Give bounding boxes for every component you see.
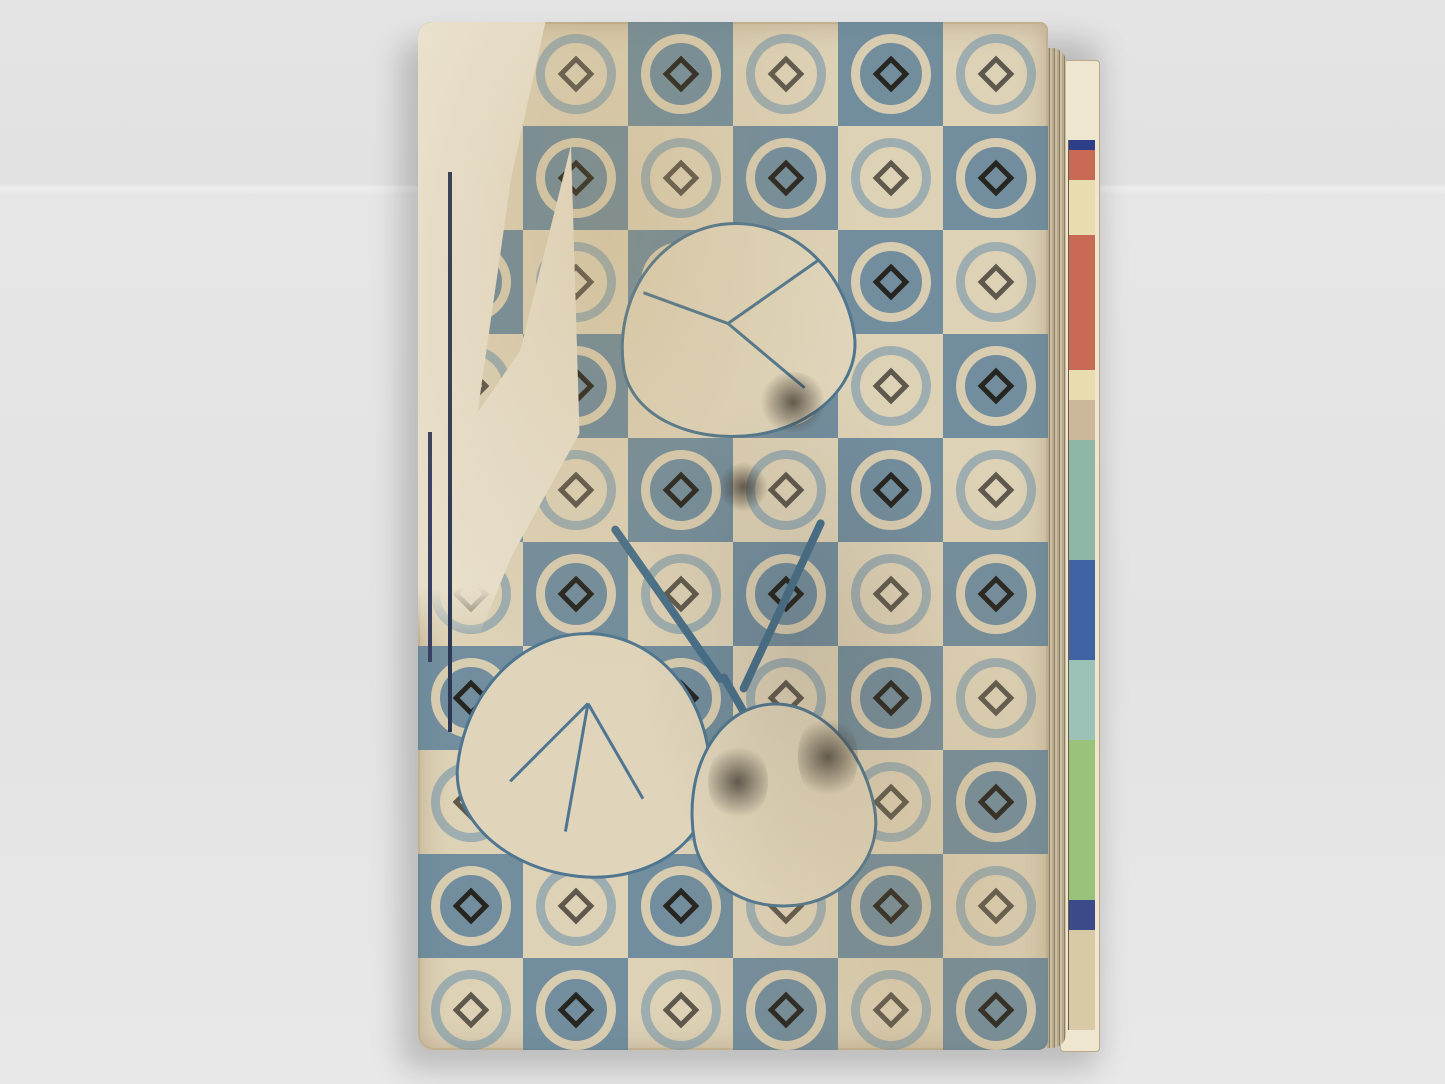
crest-motif <box>956 34 1036 114</box>
pattern-tile <box>838 542 943 646</box>
pattern-tile <box>943 126 1048 230</box>
colored-print-edge <box>1068 140 1095 1030</box>
crest-motif <box>641 450 721 530</box>
pattern-tile <box>838 438 943 542</box>
crest-motif <box>746 34 826 114</box>
pattern-tile <box>733 958 838 1050</box>
stain <box>798 712 858 802</box>
crest-motif <box>956 450 1036 530</box>
pattern-tile <box>943 958 1048 1050</box>
crest-motif <box>956 866 1036 946</box>
pattern-tile <box>943 22 1048 126</box>
pattern-tile <box>838 958 943 1050</box>
crest-motif <box>746 970 826 1050</box>
crest-motif <box>956 762 1036 842</box>
crest-motif <box>956 138 1036 218</box>
crest-motif <box>956 658 1036 738</box>
pattern-tile <box>838 126 943 230</box>
crest-motif <box>536 554 616 634</box>
crest-motif <box>851 970 931 1050</box>
crest-motif <box>431 970 511 1050</box>
stain <box>718 462 768 512</box>
crest-motif <box>431 866 511 946</box>
crest-motif <box>536 34 616 114</box>
crest-motif <box>851 866 931 946</box>
pattern-tile <box>418 854 523 958</box>
crest-motif <box>956 346 1036 426</box>
pattern-tile <box>838 22 943 126</box>
crest-motif <box>851 34 931 114</box>
crest-motif <box>851 554 931 634</box>
pattern-tile <box>523 126 628 230</box>
stain <box>708 742 768 822</box>
pattern-tile <box>628 126 733 230</box>
pattern-tile <box>943 542 1048 646</box>
pattern-tile <box>943 854 1048 958</box>
pattern-tile <box>943 750 1048 854</box>
pattern-tile <box>943 334 1048 438</box>
binding-line <box>448 172 452 732</box>
crest-motif <box>851 346 931 426</box>
crest-motif <box>851 658 931 738</box>
pattern-tile <box>523 542 628 646</box>
photo-scene <box>0 0 1445 1084</box>
pattern-tile <box>733 22 838 126</box>
stain <box>758 372 828 432</box>
crest-motif <box>851 138 931 218</box>
crest-motif <box>851 242 931 322</box>
crest-motif <box>746 138 826 218</box>
crest-motif <box>956 554 1036 634</box>
pattern-tile <box>628 22 733 126</box>
crest-motif <box>641 970 721 1050</box>
crest-motif <box>536 138 616 218</box>
pattern-tile <box>838 230 943 334</box>
crest-motif <box>851 450 931 530</box>
pattern-tile <box>943 438 1048 542</box>
crest-motif <box>641 34 721 114</box>
pattern-tile <box>943 230 1048 334</box>
crest-motif <box>641 138 721 218</box>
pattern-tile <box>733 126 838 230</box>
crest-motif <box>956 242 1036 322</box>
pattern-tile <box>523 958 628 1050</box>
binding-line <box>428 432 432 662</box>
crest-motif <box>956 970 1036 1050</box>
pattern-tile <box>418 958 523 1050</box>
pattern-tile <box>628 958 733 1050</box>
book-cover <box>418 22 1048 1050</box>
crest-motif <box>641 866 721 946</box>
pattern-tile <box>943 646 1048 750</box>
crest-motif <box>536 970 616 1050</box>
